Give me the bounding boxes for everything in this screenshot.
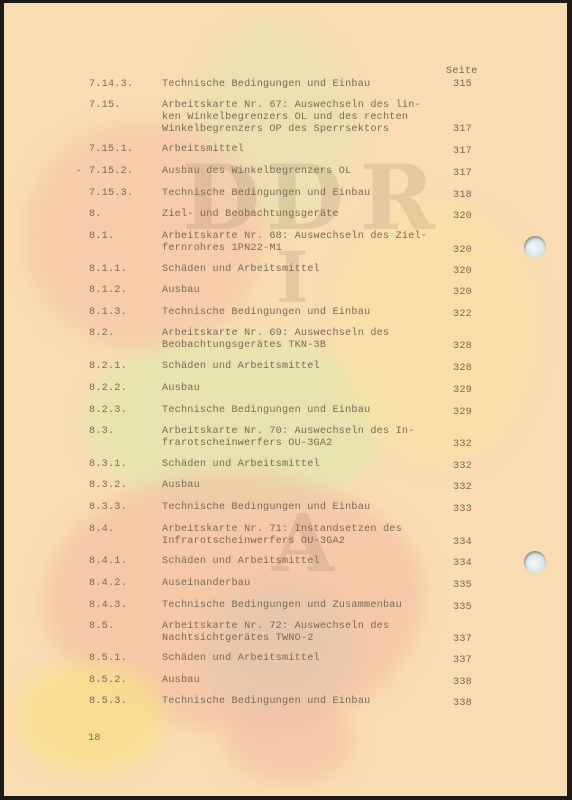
- entry-page: 333: [453, 504, 472, 515]
- entry-page: 320: [453, 245, 472, 256]
- entry-number: 8.4.2.: [89, 578, 127, 589]
- footer-page-number: 18: [88, 733, 101, 744]
- entry-number: 8.5.: [89, 621, 114, 632]
- entry-title: Arbeitskarte Nr. 68: Auswechseln des Zie…: [162, 231, 442, 255]
- entry-number: 7.15.1.: [89, 144, 133, 155]
- entry-title: Ausbau des Winkelbegrenzers OL: [162, 166, 442, 178]
- entry-page: 337: [453, 655, 472, 666]
- entry-page: 338: [453, 698, 472, 709]
- entry-title: Ausbau: [162, 285, 442, 297]
- entry-number: 8.4.3.: [89, 600, 127, 611]
- entry-title: Technische Bedingungen und Einbau: [162, 79, 442, 91]
- entry-page: 337: [453, 634, 472, 645]
- entry-title: Arbeitskarte Nr. 70: Auswechseln des In-…: [162, 426, 442, 450]
- page-column-header: Seite: [446, 66, 478, 77]
- entry-number: 8.3.2.: [89, 480, 127, 491]
- entry-number: 8.2.2.: [89, 383, 127, 394]
- entry-title: Schäden und Arbeitsmittel: [162, 361, 442, 373]
- entry-page: 315: [453, 79, 472, 90]
- entry-page: 320: [453, 266, 472, 277]
- entry-number: 8.3.1.: [89, 459, 127, 470]
- entry-number: 8.2.3.: [89, 405, 127, 416]
- entry-number: 8.2.: [89, 328, 114, 339]
- entry-number: 8.3.3.: [89, 502, 127, 513]
- margin-mark: -: [76, 166, 82, 176]
- entry-title: Auseinanderbau: [162, 578, 442, 590]
- entry-title: Technische Bedingungen und Einbau: [162, 188, 442, 200]
- entry-page: 317: [453, 124, 472, 135]
- entry-number: 8.1.2.: [89, 285, 127, 296]
- entry-page: 332: [453, 461, 472, 472]
- entry-page: 332: [453, 439, 472, 450]
- entry-page: 317: [453, 146, 472, 157]
- entry-number: 8.2.1.: [89, 361, 127, 372]
- entry-title: Schäden und Arbeitsmittel: [162, 556, 442, 568]
- entry-number: 8.: [89, 209, 102, 220]
- entry-number: 7.14.3.: [89, 79, 133, 90]
- entry-number: 7.15.: [89, 100, 121, 111]
- entry-title: Ausbau: [162, 675, 442, 687]
- entry-number: 8.4.1.: [89, 556, 127, 567]
- entry-number: 8.5.2.: [89, 675, 127, 686]
- entry-page: 338: [453, 677, 472, 688]
- entry-number: 8.5.1.: [89, 653, 127, 664]
- entry-page: 317: [453, 168, 472, 179]
- entry-number: 7.15.2.: [89, 166, 133, 177]
- entry-number: 8.3.: [89, 426, 114, 437]
- entry-title: Technische Bedingungen und Zusammenbau: [162, 600, 442, 612]
- entry-page: 320: [453, 287, 472, 298]
- entry-title: Arbeitskarte Nr. 72: Auswechseln des Nac…: [162, 621, 442, 645]
- entry-title: Technische Bedingungen und Einbau: [162, 307, 442, 319]
- entry-number: 8.1.1.: [89, 264, 127, 275]
- entry-page: 329: [453, 385, 472, 396]
- entry-title: Arbeitskarte Nr. 67: Auswechseln des lin…: [162, 100, 442, 136]
- entry-page: 322: [453, 309, 472, 320]
- entry-page: 329: [453, 407, 472, 418]
- entry-title: Ausbau: [162, 383, 442, 395]
- entry-page: 335: [453, 580, 472, 591]
- entry-title: Schäden und Arbeitsmittel: [162, 459, 442, 471]
- entry-number: 8.5.3.: [89, 696, 127, 707]
- entry-number: 8.1.3.: [89, 307, 127, 318]
- entry-number: 7.15.3.: [89, 188, 133, 199]
- entry-number: 8.4.: [89, 524, 114, 535]
- entry-page: 318: [453, 190, 472, 201]
- entry-page: 320: [453, 211, 472, 222]
- entry-title: Schäden und Arbeitsmittel: [162, 264, 442, 276]
- entry-page: 328: [453, 341, 472, 352]
- entry-page: 328: [453, 363, 472, 374]
- entry-title: Technische Bedingungen und Einbau: [162, 405, 442, 417]
- entry-page: 334: [453, 558, 472, 569]
- entry-title: Ausbau: [162, 480, 442, 492]
- entry-page: 332: [453, 482, 472, 493]
- entry-number: 8.1.: [89, 231, 114, 242]
- entry-title: Technische Bedingungen und Einbau: [162, 696, 442, 708]
- entry-title: Technische Bedingungen und Einbau: [162, 502, 442, 514]
- entry-title: Schäden und Arbeitsmittel: [162, 653, 442, 665]
- entry-title: Ziel- und Beobachtungsgeräte: [162, 209, 442, 221]
- entry-page: 335: [453, 602, 472, 613]
- entry-title: Arbeitskarte Nr. 69: Auswechseln des Beo…: [162, 328, 442, 352]
- entry-title: Arbeitskarte Nr. 71: Instandsetzen des I…: [162, 524, 442, 548]
- entry-title: Arbeitsmittel: [162, 144, 442, 156]
- entry-page: 334: [453, 537, 472, 548]
- table-of-contents: Seite 7.14.3. Technische Bedingungen und…: [4, 3, 567, 796]
- document-page: D D R I A Seite 7.14.3. Technische Bedin…: [4, 3, 567, 796]
